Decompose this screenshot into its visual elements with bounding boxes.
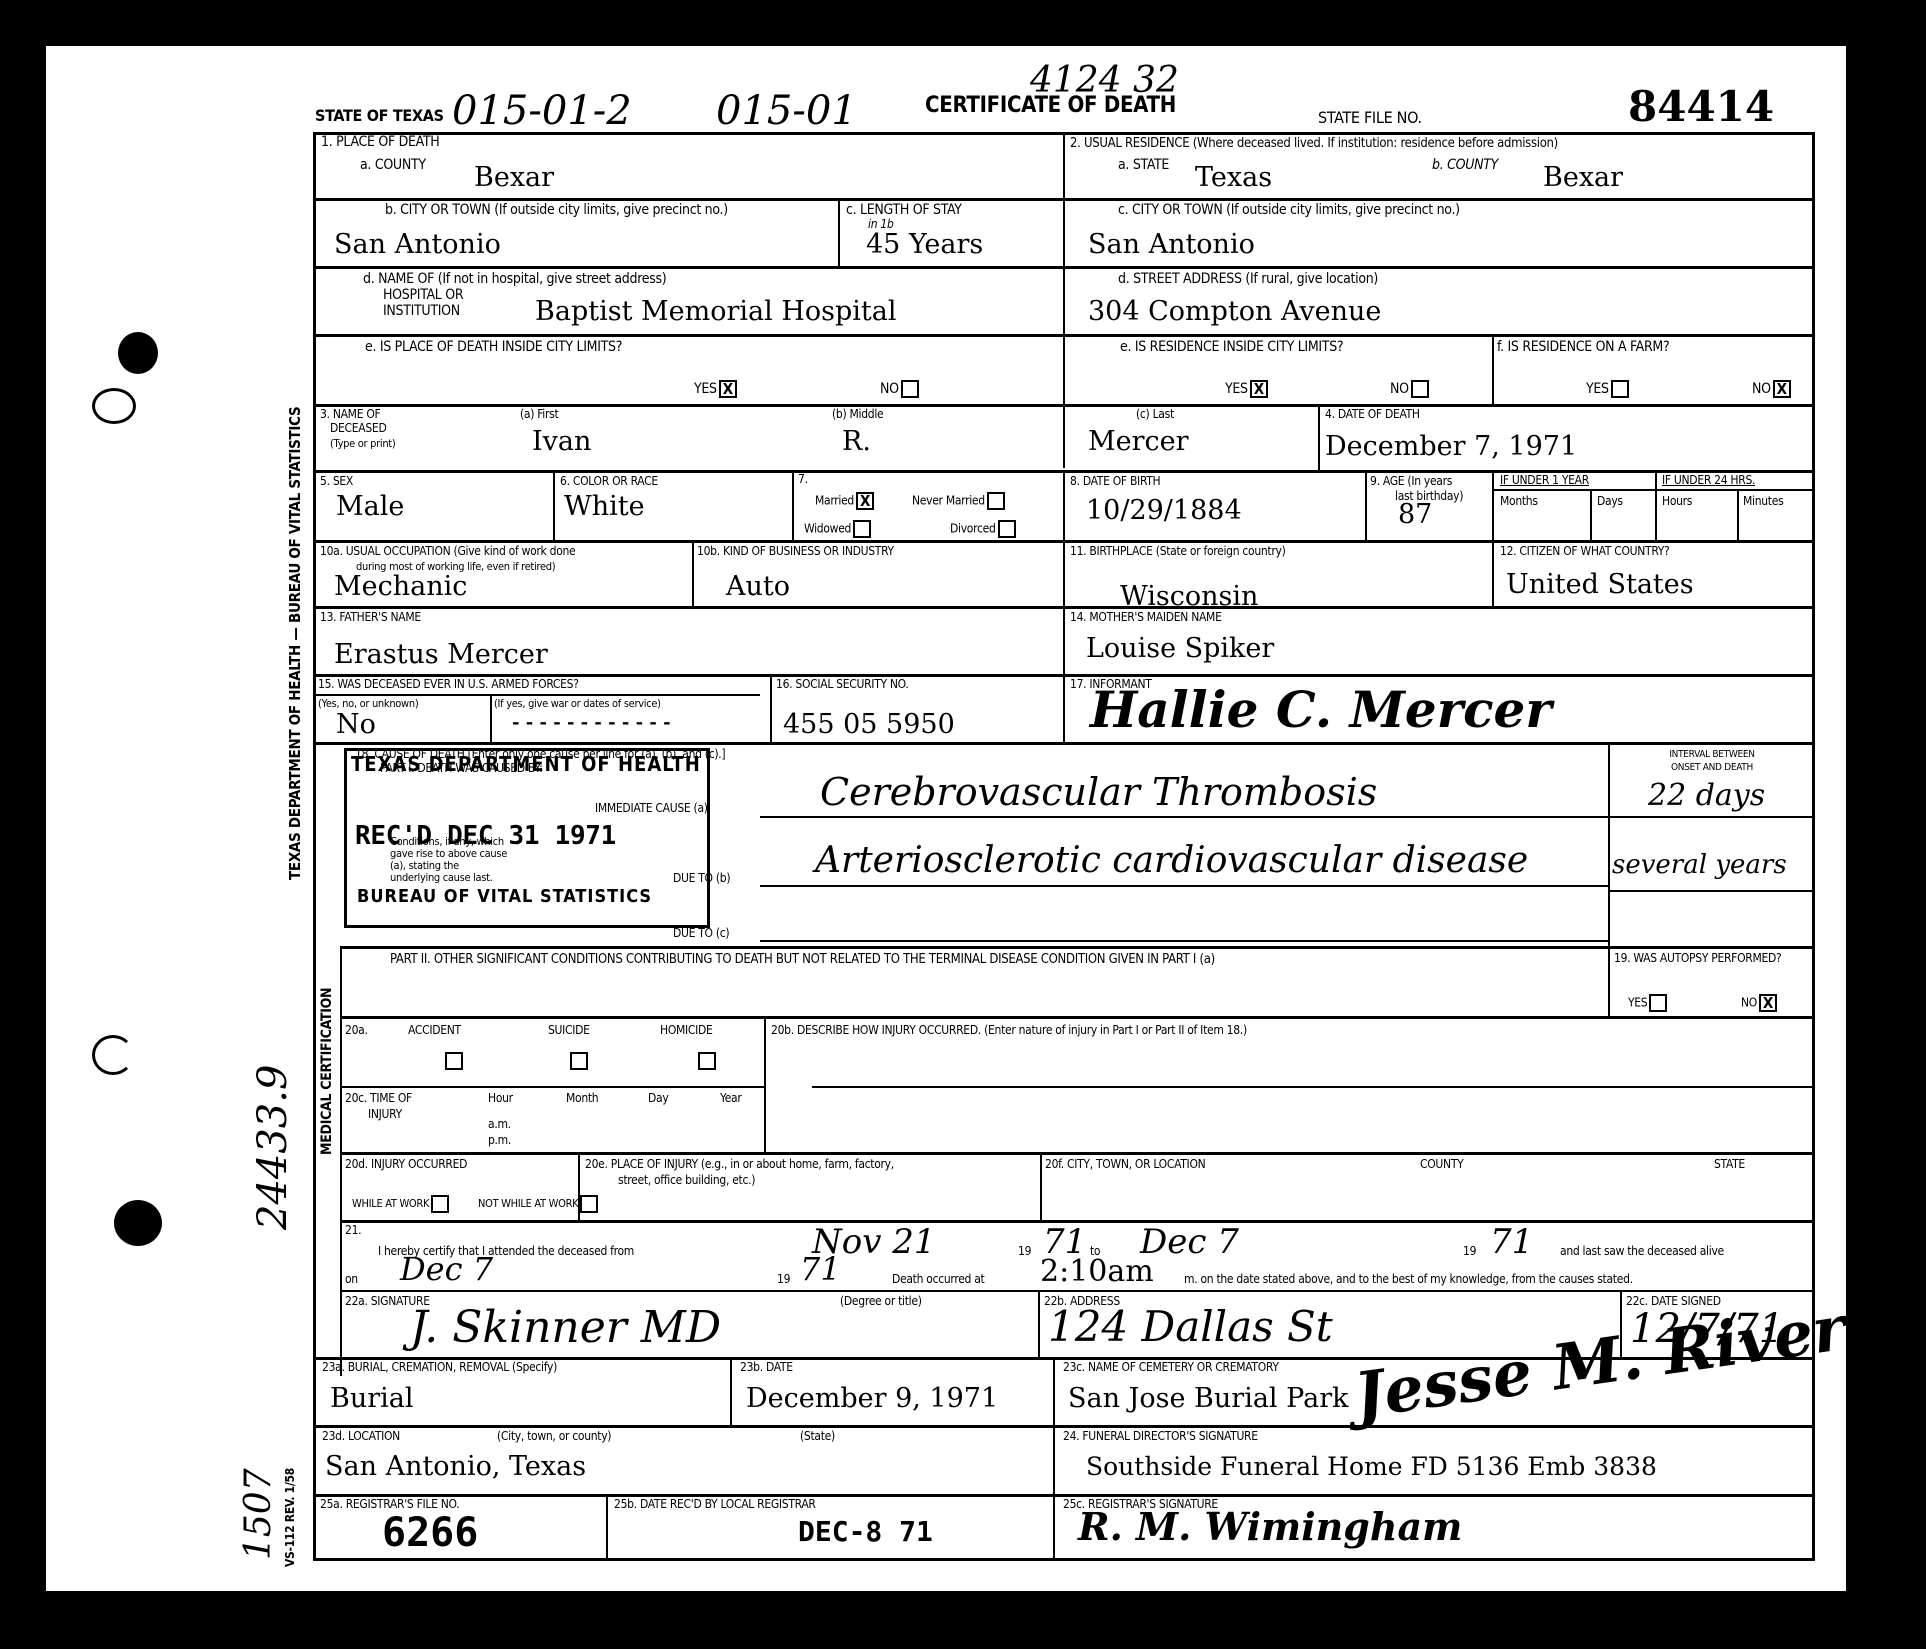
not-while-at-work-checkbox[interactable]: NOT WHILE AT WORK [478,1195,598,1213]
label-year: Year [720,1092,742,1105]
accident-checkbox[interactable] [445,1052,463,1070]
hand-top-number: 4124 32 [1030,60,1179,101]
value-death-time: 2:10am [1040,1254,1154,1289]
value-ssn: 455 05 5950 [783,710,955,740]
rule [792,470,794,540]
value-business: Auto [726,572,790,602]
value-hospital: Baptist Memorial Hospital [535,297,897,327]
margin-hand-number: 24433.9 [250,1065,296,1230]
rule [1655,470,1657,540]
label-interval: INTERVAL BETWEEN ONSET AND DEATH [1662,748,1762,774]
label-describe-injury: 20b. DESCRIBE HOW INJURY OCCURRED. (Ente… [771,1024,1247,1037]
label-dob: 8. DATE OF BIRTH [1070,475,1160,488]
death-in-limits-no[interactable]: NO [880,380,919,398]
label-under-1-year: IF UNDER 1 YEAR [1500,474,1589,487]
value-middle-name: R. [842,427,871,457]
label-location: 23d. LOCATION [322,1430,400,1443]
rule [692,540,694,608]
rule [1608,742,1610,1017]
rule [760,940,1608,942]
department-vertical-title: TEXAS DEPARTMENT OF HEALTH — BUREAU OF V… [288,407,303,880]
rule [1737,490,1739,540]
label-armed-forces: 15. WAS DECEASED EVER IN U.S. ARMED FORC… [318,678,579,691]
death-in-limits-yes[interactable]: YESX [694,380,737,398]
received-stamp: TEXAS DEPARTMENT OF HEALTH REC'D DEC 31 … [344,748,710,928]
value-to-year: 71 [1490,1222,1533,1262]
label-injury-state: STATE [1714,1158,1745,1171]
value-mother: Louise Spiker [1086,634,1274,664]
section-place-of-death: 1. PLACE OF DEATH [321,135,439,150]
value-armed-service: - - - - - - - - - - - - [512,708,671,738]
label-hours: Hours [1662,495,1692,508]
punch-hole [118,332,158,374]
rule [1318,404,1320,470]
label-20a: 20a. [345,1024,368,1037]
rule [340,1152,1812,1155]
value-death-city: San Antonio [334,230,501,260]
label-hospital: d. NAME OF (If not in hospital, give str… [363,272,666,287]
state-file-label: STATE FILE NO. [1318,110,1422,125]
homicide-checkbox[interactable] [698,1052,716,1070]
stamp-bureau: BUREAU OF VITAL STATISTICS [357,889,652,904]
label-marital: 7. [798,473,808,486]
value-cemetery: San Jose Burial Park [1068,1384,1348,1414]
label-hospital-3: INSTITUTION [383,304,460,319]
label-funeral-director: 24. FUNERAL DIRECTOR'S SIGNATURE [1063,1430,1258,1443]
label-age: 9. AGE (In years [1370,475,1452,488]
label-time-of-injury-2: INJURY [368,1108,402,1121]
label-death-city-limits: e. IS PLACE OF DEATH INSIDE CITY LIMITS? [365,340,622,355]
rule [1492,334,1494,406]
value-res-state: Texas [1195,163,1272,193]
value-burial: Burial [330,1384,414,1414]
value-res-county: Bexar [1543,163,1623,193]
label-19-c: 19 [777,1273,790,1286]
hand-code-1: 015-01-2 [452,88,632,134]
value-death-county: Bexar [474,163,554,193]
label-injury-city: 20f. CITY, TOWN, OR LOCATION [1045,1158,1205,1171]
punch-hole [114,1200,162,1246]
stamp-dept: TEXAS DEPARTMENT OF HEALTH [351,757,701,772]
value-burial-date: December 9, 1971 [746,1384,998,1414]
rule [313,266,1813,269]
value-last-name: Mercer [1088,427,1189,457]
label-res-state: a. STATE [1118,158,1169,173]
value-informant-signature: Hallie C. Mercer [1090,680,1552,739]
farm-no[interactable]: NOX [1752,380,1791,398]
label-death-city: b. CITY OR TOWN (If outside city limits,… [385,203,728,218]
label-location-city: (City, town, or county) [497,1430,611,1443]
label-days: Days [1597,495,1623,508]
state-file-number: 84414 [1628,82,1774,131]
label-cemetery: 23c. NAME OF CEMETERY OR CREMATORY [1063,1361,1279,1374]
rule [760,816,1608,818]
rule [553,470,555,540]
label-21: 21. [345,1224,361,1237]
rule [313,742,1813,745]
label-homicide: HOMICIDE [660,1024,713,1037]
label-under-24-hrs: IF UNDER 24 HRS. [1662,474,1755,487]
value-on-year: 71 [800,1250,841,1288]
value-due-to-b: Arteriosclerotic cardiovascular disease [815,840,1528,881]
label-middle: (b) Middle [832,408,883,421]
value-date-of-death: December 7, 1971 [1325,432,1577,462]
value-sex: Male [336,492,404,522]
label-pm: p.m. [488,1134,511,1147]
autopsy-yes[interactable]: YES [1628,994,1667,1012]
value-last-seen-on: Dec 7 [400,1250,493,1288]
label-father: 13. FATHER'S NAME [320,611,421,624]
value-armed-forces: No [336,710,376,740]
value-interval-b: several years [1612,850,1787,880]
rule [606,1494,608,1560]
value-first-name: Ivan [532,427,591,457]
label-due-to-c: DUE TO (c) [673,927,729,940]
label-death-occurred-at: Death occurred at [892,1273,984,1286]
label-first: (a) First [520,408,558,421]
value-date-received-stamp: DEC-8 71 [798,1515,933,1548]
marital-widowed[interactable]: Widowed [804,520,871,538]
hand-code-2: 015-01 [716,88,857,134]
suicide-checkbox[interactable] [570,1052,588,1070]
label-month: Month [566,1092,598,1105]
section-usual-residence: 2. USUAL RESIDENCE (Where deceased lived… [1070,136,1558,151]
marital-divorced[interactable]: Divorced [950,520,1016,538]
rule [1492,489,1812,491]
label-time-of-injury: 20c. TIME OF [345,1092,412,1105]
value-res-city: San Antonio [1088,230,1255,260]
value-registrar-signature: R. M. Wimingham [1078,1504,1462,1549]
label-minutes: Minutes [1743,495,1783,508]
value-father: Erastus Mercer [334,640,548,670]
rule [313,334,1813,337]
rule [1040,1152,1042,1222]
label-suicide: SUICIDE [548,1024,590,1037]
label-type-or-print: (Type or print) [330,438,395,450]
medical-certification-vertical: MEDICAL CERTIFICATION [320,988,335,1155]
rule [730,1357,732,1425]
label-res-street: d. STREET ADDRESS (If rural, give locati… [1118,272,1378,287]
label-race: 6. COLOR OR RACE [560,475,658,488]
rule [760,885,1608,887]
rule [313,132,316,1560]
state-of-texas-label: STATE OF TEXAS [315,108,444,123]
value-physician-address: 124 Dallas St [1048,1302,1333,1351]
label-19-a: 19 [1018,1245,1031,1258]
value-attended-to: Dec 7 [1140,1222,1239,1262]
label-length-of-stay: c. LENGTH OF STAY [846,203,962,218]
label-degree: (Degree or title) [840,1295,922,1308]
rule [1608,890,1812,892]
label-citizen: 12. CITIZEN OF WHAT COUNTRY? [1500,545,1669,558]
label-birthplace: 11. BIRTHPLACE (State or foreign country… [1070,545,1286,558]
label-sex: 5. SEX [320,475,353,488]
label-injury-county: COUNTY [1420,1158,1463,1171]
rule [1053,1357,1055,1560]
autopsy-no[interactable]: NOX [1741,994,1777,1012]
label-day: Day [648,1092,668,1105]
while-at-work-checkbox[interactable]: WHILE AT WORK [352,1195,449,1213]
rule [490,694,492,742]
rule [340,1086,764,1088]
label-burial-date: 23b. DATE [740,1361,793,1374]
rule [313,1558,1815,1561]
rule [1038,1290,1040,1358]
label-hospital-2: HOSPITAL OR [383,288,463,303]
hole-outline [92,388,136,424]
label-date-stated-above: m. on the date stated above, and to the … [1184,1273,1633,1286]
label-res-city: c. CITY OR TOWN (If outside city limits,… [1118,203,1460,218]
value-registrar-file: 6266 [382,1510,478,1556]
res-in-limits-yes[interactable]: YESX [1225,380,1268,398]
label-date-received: 25b. DATE REC'D BY LOCAL REGISTRAR [614,1498,816,1511]
rule [313,540,1813,543]
value-physician-signature: J. Skinner MD [410,1302,721,1353]
value-interval-a: 22 days [1648,778,1765,813]
label-on: on [345,1273,358,1286]
rule [1590,490,1592,540]
label-last-saw-alive: and last saw the deceased alive [1560,1245,1724,1258]
rule [313,606,1813,609]
rule [313,694,760,696]
label-county: a. COUNTY [360,158,426,173]
rule [838,198,840,266]
value-length-of-stay: 45 Years [866,230,983,260]
res-in-limits-no[interactable]: NO [1390,380,1429,398]
label-last: (c) Last [1136,408,1174,421]
rule [1608,816,1812,818]
hole-outline [92,1035,134,1075]
label-business: 10b. KIND OF BUSINESS OR INDUSTRY [697,545,894,558]
label-deceased: DECEASED [330,422,386,435]
label-months: Months [1500,495,1538,508]
label-date-of-death: 4. DATE OF DEATH [1325,408,1420,421]
rule [764,1016,766,1154]
value-funeral-home: Southside Funeral Home FD 5136 Emb 3838 [1086,1452,1657,1482]
label-location-state: (State) [800,1430,835,1443]
farm-yes[interactable]: YES [1586,380,1629,398]
label-res-city-limits: e. IS RESIDENCE INSIDE CITY LIMITS? [1120,340,1343,355]
label-am: a.m. [488,1118,511,1131]
rule [340,946,1812,949]
value-race: White [564,492,645,522]
margin-hand-1507: 1507 [238,1468,279,1560]
value-immediate-cause: Cerebrovascular Thrombosis [820,770,1377,814]
label-injury-occurred: 20d. INJURY OCCURRED [345,1158,467,1171]
value-dob: 10/29/1884 [1086,496,1242,526]
label-farm: f. IS RESIDENCE ON A FARM? [1497,340,1669,355]
rule [1365,470,1367,540]
rule [313,198,1813,201]
label-autopsy: 19. WAS AUTOPSY PERFORMED? [1614,952,1804,965]
stamp-received-date: REC'D DEC 31 1971 [355,829,616,844]
label-occupation: 10a. USUAL OCCUPATION (Give kind of work… [320,545,575,558]
label-burial: 23a. BURIAL, CREMATION, REMOVAL (Specify… [322,1361,557,1374]
rule [770,674,772,742]
marital-married[interactable]: MarriedX [815,492,874,510]
label-place-of-injury: 20e. PLACE OF INJURY (e.g., in or about … [585,1158,894,1171]
rule [313,1425,1813,1428]
label-mother: 14. MOTHER'S MAIDEN NAME [1070,611,1222,624]
label-part-2: PART II. OTHER SIGNIFICANT CONDITIONS CO… [390,953,1215,966]
rule [340,946,342,1376]
value-location: San Antonio, Texas [325,1452,586,1482]
rule [1063,132,1065,468]
value-age: 87 [1398,500,1432,530]
label-accident: ACCIDENT [408,1024,461,1037]
rule [340,1016,1812,1019]
label-place-of-injury-2: street, office building, etc.) [618,1174,755,1187]
value-res-street: 304 Compton Avenue [1088,297,1381,327]
label-name-of: 3. NAME OF [320,408,380,421]
label-ssn: 16. SOCIAL SECURITY NO. [776,678,909,691]
form-revision: VS-112 REV. 1/58 [283,1468,298,1567]
label-hour: Hour [488,1092,513,1105]
value-occupation: Mechanic [334,572,467,602]
label-19-b: 19 [1463,1245,1476,1258]
rule [340,1290,1812,1292]
label-res-county: b. COUNTY [1432,158,1498,173]
rule [812,1086,1812,1088]
marital-never-married[interactable]: Never Married [912,492,1005,510]
value-citizen: United States [1506,570,1694,600]
